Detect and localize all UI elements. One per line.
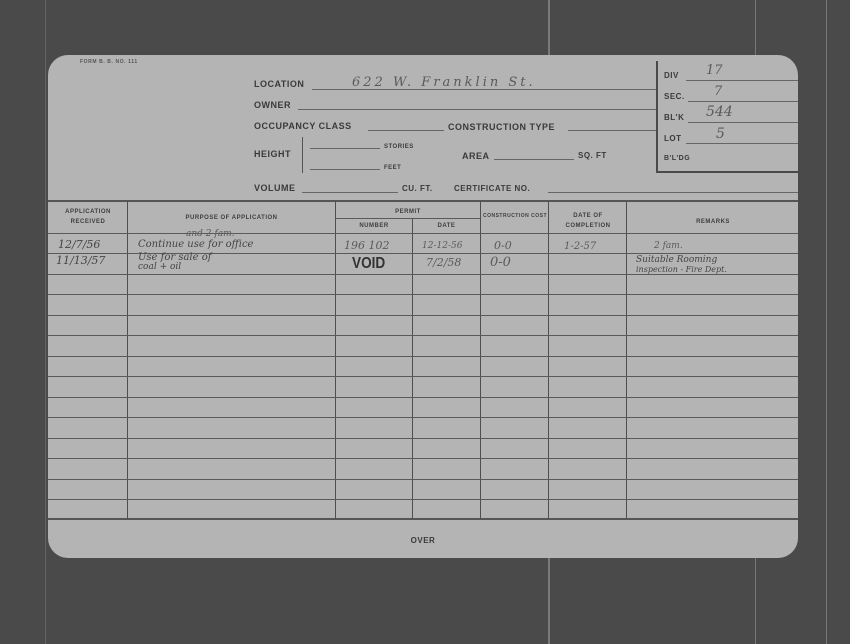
location-label: LOCATION (254, 79, 304, 89)
row-line (48, 376, 798, 377)
row-line (48, 499, 798, 500)
row1-permit-date: 12-12-56 (422, 241, 462, 251)
row2-remarks: inspection - Fire Dept. (636, 265, 727, 274)
bldg-label: B'L'DG (664, 155, 690, 162)
area-unit: SQ. FT (578, 151, 607, 160)
row-line (48, 315, 798, 316)
form-number: FORM B. B. NO. 111 (80, 59, 138, 65)
row2-application-received: 11/13/57 (56, 254, 105, 267)
lot-box: DIV 17 SEC. 7 BL'K 544 LOT 5 B'L'DG (656, 61, 798, 173)
blk-label: BL'K (664, 113, 684, 122)
lot-label: LOT (664, 134, 682, 143)
header-construction-cost: CONSTRUCTION COST (482, 211, 548, 221)
header-purpose: PURPOSE OF APPLICATION (128, 213, 335, 223)
row1-permit-number: 196 102 (344, 239, 390, 252)
header-date-of-completion: DATE OF COMPLETION (550, 211, 626, 231)
row1-date-of-completion: 1-2-57 (564, 241, 596, 252)
occupancy-class-line (368, 130, 444, 131)
permit-card: FORM B. B. NO. 111 LOCATION 622 W. Frank… (48, 55, 798, 558)
row-line (48, 274, 798, 275)
header-permit-number: NUMBER (336, 221, 412, 231)
owner-label: OWNER (254, 100, 291, 110)
feet-label: FEET (384, 165, 401, 171)
certificate-no-label: CERTIFICATE NO. (454, 184, 530, 193)
volume-unit: CU. FT. (402, 184, 433, 193)
height-label: HEIGHT (254, 149, 291, 159)
header-remarks: REMARKS (628, 217, 798, 227)
stories-label: STORIES (384, 144, 414, 150)
row1-remarks: Suitable Rooming (636, 255, 717, 265)
col-divider (412, 218, 413, 518)
permit-subheader-line (335, 218, 480, 219)
certificate-no-line (548, 192, 798, 193)
sec-label: SEC. (664, 92, 685, 101)
height-brace (302, 137, 306, 173)
div-label: DIV (664, 71, 679, 80)
col-divider (548, 202, 549, 518)
row1-application-received: 12/7/56 (58, 238, 100, 251)
row2-construction-cost: 0-0 (490, 255, 511, 270)
area-label: AREA (462, 151, 490, 161)
header-bottom-line (48, 233, 798, 234)
sec-line (688, 101, 798, 102)
div-line (686, 80, 798, 81)
occupancy-class-label: OCCUPANCY CLASS (254, 121, 352, 131)
blk-line (688, 122, 798, 123)
film-scratch (45, 0, 46, 644)
row2-permit-date: 7/2/58 (426, 256, 461, 269)
row-line (48, 294, 798, 295)
over-label: OVER (48, 536, 798, 545)
row-line (48, 479, 798, 480)
blk-value: 544 (706, 104, 733, 120)
row1-purpose: Continue use for office (138, 239, 253, 250)
row-line (48, 458, 798, 459)
row-line (48, 397, 798, 398)
row2-purpose-line2: coal + oil (138, 262, 181, 272)
col-divider (626, 202, 627, 518)
volume-line (302, 192, 398, 193)
sec-value: 7 (714, 84, 722, 99)
col-divider (127, 202, 128, 518)
div-value: 17 (706, 63, 723, 78)
col-divider (335, 202, 336, 518)
header-permit-date: DATE (413, 221, 480, 231)
feet-line (310, 169, 380, 170)
row-line (48, 356, 798, 357)
table-top-border (48, 200, 798, 202)
table-bottom-line (48, 518, 798, 520)
stories-line (310, 148, 380, 149)
location-value: 622 W. Franklin St. (352, 75, 536, 90)
row2-void-stamp: VOID (352, 255, 385, 273)
lot-line (686, 143, 798, 144)
row1-construction-cost: 0-0 (494, 239, 512, 252)
row1-purpose-line0: and 2 fam. (186, 229, 234, 239)
construction-type-line (568, 130, 656, 131)
area-line (494, 159, 574, 160)
lot-value: 5 (716, 126, 725, 142)
film-scratch (826, 0, 827, 644)
construction-type-label: CONSTRUCTION TYPE (448, 122, 555, 132)
header-application-received: APPLICATION RECEIVED (56, 207, 120, 227)
owner-line (298, 109, 656, 110)
row-line (48, 335, 798, 336)
row-line (48, 417, 798, 418)
col-divider (480, 202, 481, 518)
row-line (48, 438, 798, 439)
header-permit: PERMIT (336, 207, 480, 217)
volume-label: VOLUME (254, 183, 296, 193)
row1-remarks-line0: 2 fam. (654, 241, 683, 251)
